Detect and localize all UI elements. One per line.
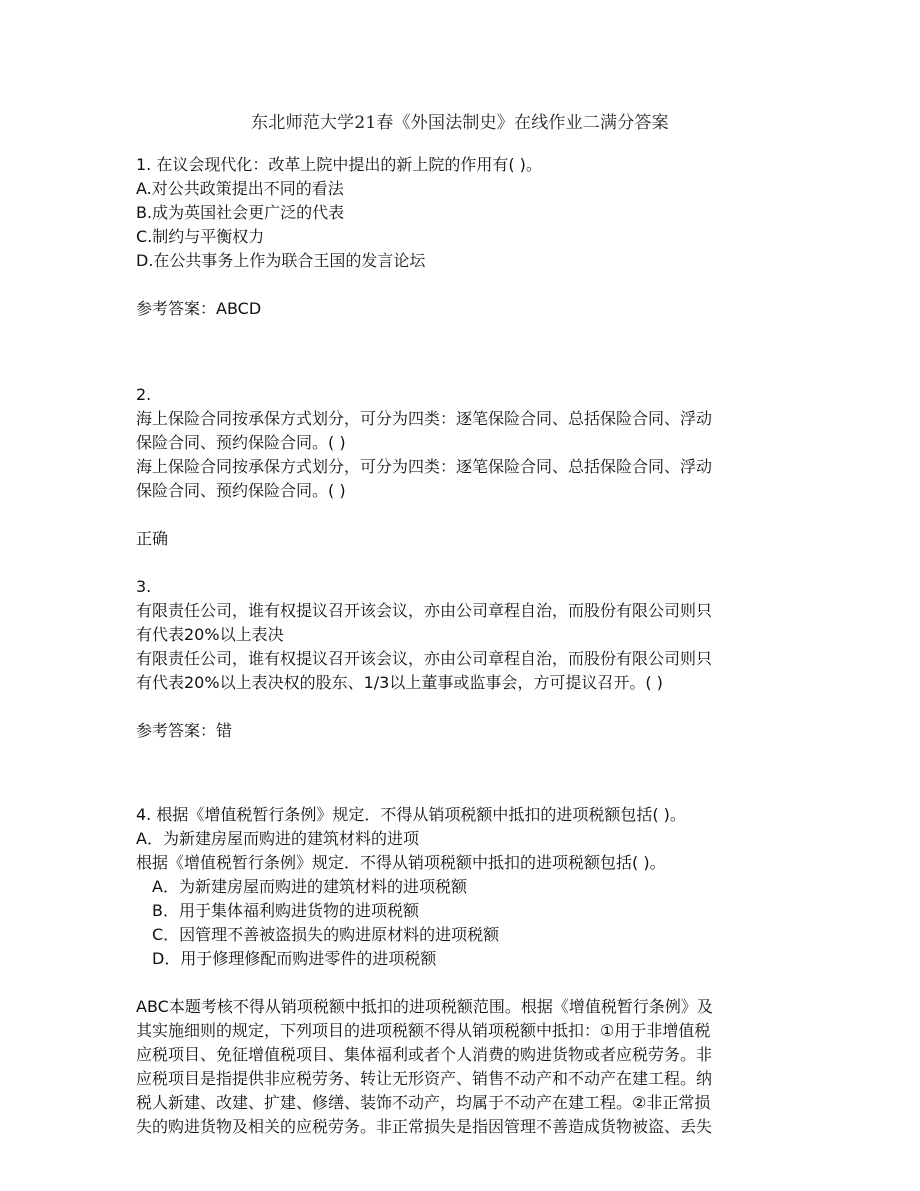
question-stem-line: 有限责任公司，谁有权提议召开该会议，亦由公司章程自治，而股份有限公司则只 — [136, 647, 786, 671]
restated-stem: 根据《增值税暂行条例》规定．不得从销项税额中抵扣的进项税额包括( )。 — [136, 851, 786, 875]
question-stem: 1. 在议会现代化：改革上院中提出的新上院的作用有( )。 — [136, 153, 786, 177]
question-stem-line: 有代表20%以上表决权的股东、1/3以上董事或监事会，方可提议召开。( ) — [136, 671, 786, 695]
reference-answer: 正确 — [136, 527, 786, 551]
question-stem-line: 海上保险合同按承保方式划分，可分为四类：逐笔保险合同、总括保险合同、浮动 — [136, 455, 786, 479]
question-stem: 4. 根据《增值税暂行条例》规定．不得从销项税额中抵扣的进项税额包括( )。 — [136, 803, 786, 827]
option-c: C.制约与平衡权力 — [136, 225, 786, 249]
option-d: D．用于修理修配而购进零件的进项税额 — [136, 947, 786, 971]
explanation-line: ABC本题考核不得从销项税额中抵扣的进项税额范围。根据《增值税暂行条例》及 — [136, 995, 786, 1019]
option-a: A．为新建房屋而购进的建筑材料的进项税额 — [136, 875, 786, 899]
question-stem-line: 保险合同、预约保险合同。( ) — [136, 431, 786, 455]
option-b: B．用于集体福利购进货物的进项税额 — [136, 899, 786, 923]
explanation-line: 失的购进货物及相关的应税劳务。非正常损失是指因管理不善造成货物被盗、丢失 — [136, 1115, 786, 1139]
question-stem-line: 有限责任公司，谁有权提议召开该会议，亦由公司章程自治，而股份有限公司则只 — [136, 599, 786, 623]
question-number: 2. — [136, 383, 786, 407]
question-number: 3. — [136, 575, 786, 599]
reference-answer: 参考答案：错 — [136, 719, 786, 743]
option-c: C．因管理不善被盗损失的购进原材料的进项税额 — [136, 923, 786, 947]
explanation-line: 税人新建、改建、扩建、修缮、装饰不动产，均属于不动产在建工程。②非正常损 — [136, 1091, 786, 1115]
question-stem-line: 有代表20%以上表决 — [136, 623, 786, 647]
page-title: 东北师范大学21春《外国法制史》在线作业二满分答案 — [0, 108, 920, 133]
explanation-line: 其实施细则的规定，下列项目的进项税额不得从销项税额中抵扣：①用于非增值税 — [136, 1019, 786, 1043]
question-4: 4. 根据《增值税暂行条例》规定．不得从销项税额中抵扣的进项税额包括( )。 A… — [136, 803, 786, 1139]
question-3: 3. 有限责任公司，谁有权提议召开该会议，亦由公司章程自治，而股份有限公司则只 … — [136, 575, 786, 743]
explanation-line: 应税项目、免征增值税项目、集体福利或者个人消费的购进货物或者应税劳务。非 — [136, 1043, 786, 1067]
reference-answer: 参考答案：ABCD — [136, 297, 786, 321]
option-d: D.在公共事务上作为联合王国的发言论坛 — [136, 249, 786, 273]
answer-explanation: ABC本题考核不得从销项税额中抵扣的进项税额范围。根据《增值税暂行条例》及 其实… — [136, 995, 786, 1139]
first-option: A．为新建房屋而购进的建筑材料的进项 — [136, 827, 786, 851]
explanation-line: 应税项目是指提供非应税劳务、转让无形资产、销售不动产和不动产在建工程。纳 — [136, 1067, 786, 1091]
question-stem-line: 海上保险合同按承保方式划分，可分为四类：逐笔保险合同、总括保险合同、浮动 — [136, 407, 786, 431]
question-stem-line: 保险合同、预约保险合同。( ) — [136, 479, 786, 503]
option-b: B.成为英国社会更广泛的代表 — [136, 201, 786, 225]
question-1: 1. 在议会现代化：改革上院中提出的新上院的作用有( )。 A.对公共政策提出不… — [136, 153, 786, 321]
document-body: 1. 在议会现代化：改革上院中提出的新上院的作用有( )。 A.对公共政策提出不… — [136, 153, 786, 1139]
option-a: A.对公共政策提出不同的看法 — [136, 177, 786, 201]
question-2: 2. 海上保险合同按承保方式划分，可分为四类：逐笔保险合同、总括保险合同、浮动 … — [136, 383, 786, 551]
